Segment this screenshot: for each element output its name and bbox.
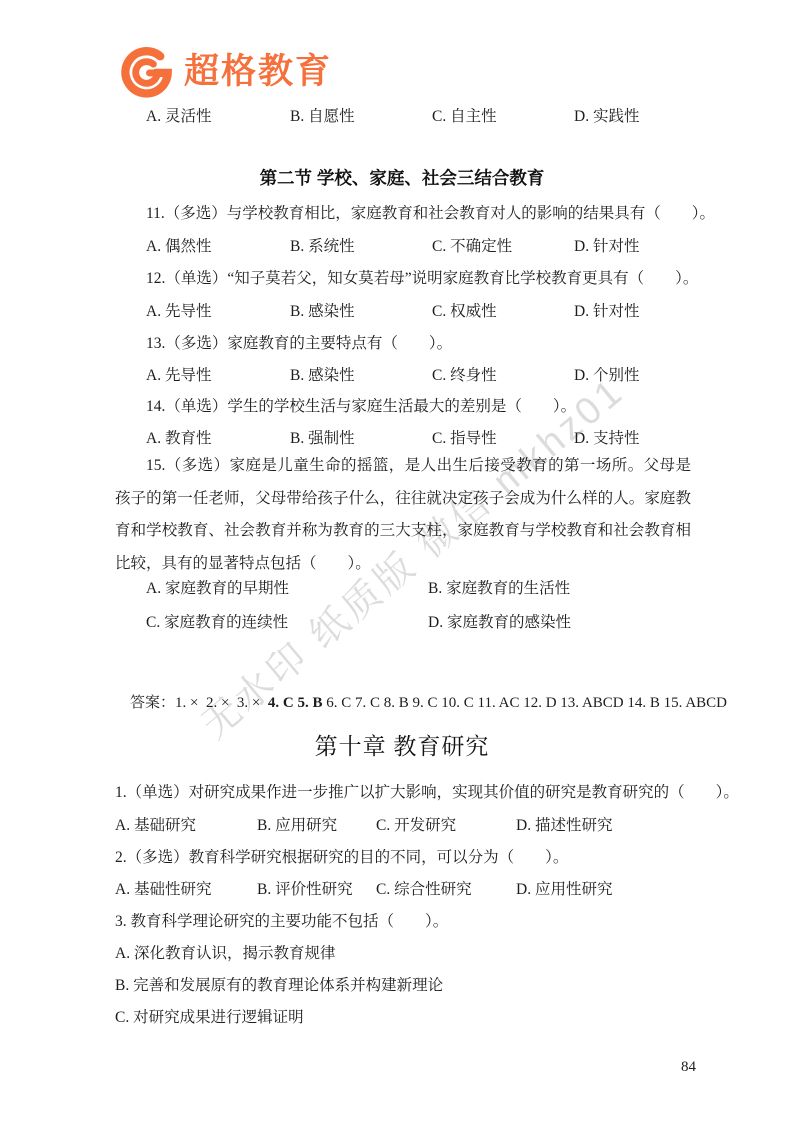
question-3-text: 3. 教育科学理论研究的主要功能不包括（ ）。 bbox=[115, 911, 448, 933]
brand-logo: 超格教育 bbox=[119, 43, 332, 100]
section-heading: 第二节 学校、家庭、社会三结合教育 bbox=[0, 166, 804, 190]
carryover-options-row: A. 灵活性 B. 自愿性 C. 自主性 D. 实践性 bbox=[0, 106, 804, 128]
q12-option-a: A. 先导性 bbox=[146, 301, 211, 323]
q1-option-d: D. 描述性研究 bbox=[516, 815, 612, 837]
question-12-options: A. 先导性 B. 感染性 C. 权威性 D. 针对性 bbox=[0, 301, 804, 323]
brand-name: 超格教育 bbox=[184, 43, 332, 100]
question-1-text: 1.（单选）对研究成果作进一步推广以扩大影响，实现其价值的研究是教育研究的（ ）… bbox=[115, 782, 739, 804]
q13-option-a: A. 先导性 bbox=[146, 365, 211, 387]
question-2-text: 2.（多选）教育科学研究根据研究的目的不同，可以分为（ ）。 bbox=[115, 847, 568, 869]
q13-option-c: C. 终身性 bbox=[432, 365, 497, 387]
q11-option-d: D. 针对性 bbox=[574, 236, 639, 258]
question-15-options-row1: A. 家庭教育的早期性 B. 家庭教育的生活性 bbox=[0, 578, 804, 600]
q2-option-a: A. 基础性研究 bbox=[115, 879, 211, 901]
carryover-option-c: C. 自主性 bbox=[432, 106, 497, 128]
question-11-text: 11.（多选）与学校教育相比，家庭教育和社会教育对人的影响的结果具有（ ）。 bbox=[146, 203, 715, 225]
carryover-option-b: B. 自愿性 bbox=[290, 106, 355, 128]
q14-option-b: B. 强制性 bbox=[290, 428, 355, 450]
q13-option-b: B. 感染性 bbox=[290, 365, 355, 387]
chapter-heading: 第十章 教育研究 bbox=[0, 732, 804, 762]
q1-option-c: C. 开发研究 bbox=[376, 815, 456, 837]
answer-key-bold-segment: 4. C 5. B bbox=[268, 695, 323, 711]
q3-option-a: A. 深化教育认识，揭示教育规律 bbox=[115, 943, 335, 965]
q12-option-b: B. 感染性 bbox=[290, 301, 355, 323]
q15-option-b: B. 家庭教育的生活性 bbox=[428, 578, 570, 600]
q2-option-d: D. 应用性研究 bbox=[516, 879, 612, 901]
q2-option-b: B. 评价性研究 bbox=[257, 879, 353, 901]
question-14-text: 14.（单选）学生的学校生活与家庭生活最大的差别是（ ）。 bbox=[146, 396, 576, 418]
answer-key-line: 答案：1. × 2. × 3. × 4. C 5. B 6. C 7. C 8.… bbox=[115, 670, 727, 692]
q1-option-b: B. 应用研究 bbox=[257, 815, 337, 837]
q14-option-a: A. 教育性 bbox=[146, 428, 211, 450]
q15-option-d: D. 家庭教育的感染性 bbox=[428, 612, 571, 634]
q14-option-c: C. 指导性 bbox=[432, 428, 497, 450]
q11-option-a: A. 偶然性 bbox=[146, 236, 211, 258]
question-12-text: 12.（单选）“知子莫若父，知女莫若母”说明家庭教育比学校教育更具有（ ）。 bbox=[146, 268, 698, 290]
question-2-options: A. 基础性研究 B. 评价性研究 C. 综合性研究 D. 应用性研究 bbox=[0, 879, 804, 901]
question-15-text: 15.（多选）家庭是儿童生命的摇篮，是人出生后接受教育的第一场所。父母是孩子的第… bbox=[115, 450, 691, 580]
question-13-options: A. 先导性 B. 感染性 C. 终身性 D. 个别性 bbox=[0, 365, 804, 387]
question-15-options-row2: C. 家庭教育的连续性 D. 家庭教育的感染性 bbox=[0, 612, 804, 634]
q3-option-c: C. 对研究成果进行逻辑证明 bbox=[115, 1007, 304, 1029]
question-1-options: A. 基础研究 B. 应用研究 C. 开发研究 D. 描述性研究 bbox=[0, 815, 804, 837]
q15-option-c: C. 家庭教育的连续性 bbox=[146, 612, 288, 634]
q14-option-d: D. 支持性 bbox=[574, 428, 639, 450]
carryover-option-a: A. 灵活性 bbox=[146, 106, 211, 128]
answer-key-rest: 6. C 7. C 8. B 9. C 10. C 11. AC 12. D 1… bbox=[322, 695, 727, 711]
document-page: 无水印 纸质版 微信 mkhz01 超格教育 A. 灵活性 B. 自愿性 C. … bbox=[0, 0, 804, 1137]
q1-option-a: A. 基础研究 bbox=[115, 815, 196, 837]
q12-option-d: D. 针对性 bbox=[574, 301, 639, 323]
carryover-option-d: D. 实践性 bbox=[574, 106, 639, 128]
page-number: 84 bbox=[681, 1057, 696, 1077]
q15-option-a: A. 家庭教育的早期性 bbox=[146, 578, 289, 600]
q2-option-c: C. 综合性研究 bbox=[376, 879, 472, 901]
question-14-options: A. 教育性 B. 强制性 C. 指导性 D. 支持性 bbox=[0, 428, 804, 450]
q11-option-c: C. 不确定性 bbox=[432, 236, 512, 258]
q12-option-c: C. 权威性 bbox=[432, 301, 497, 323]
question-11-options: A. 偶然性 B. 系统性 C. 不确定性 D. 针对性 bbox=[0, 236, 804, 258]
q11-option-b: B. 系统性 bbox=[290, 236, 355, 258]
question-13-text: 13.（多选）家庭教育的主要特点有（ ）。 bbox=[146, 333, 452, 355]
q13-option-d: D. 个别性 bbox=[574, 365, 639, 387]
answer-key-prefix: 答案：1. × 2. × 3. × bbox=[130, 695, 268, 711]
q3-option-b: B. 完善和发展原有的教育理论体系并构建新理论 bbox=[115, 975, 443, 997]
chaoge-double-g-icon bbox=[119, 43, 176, 100]
